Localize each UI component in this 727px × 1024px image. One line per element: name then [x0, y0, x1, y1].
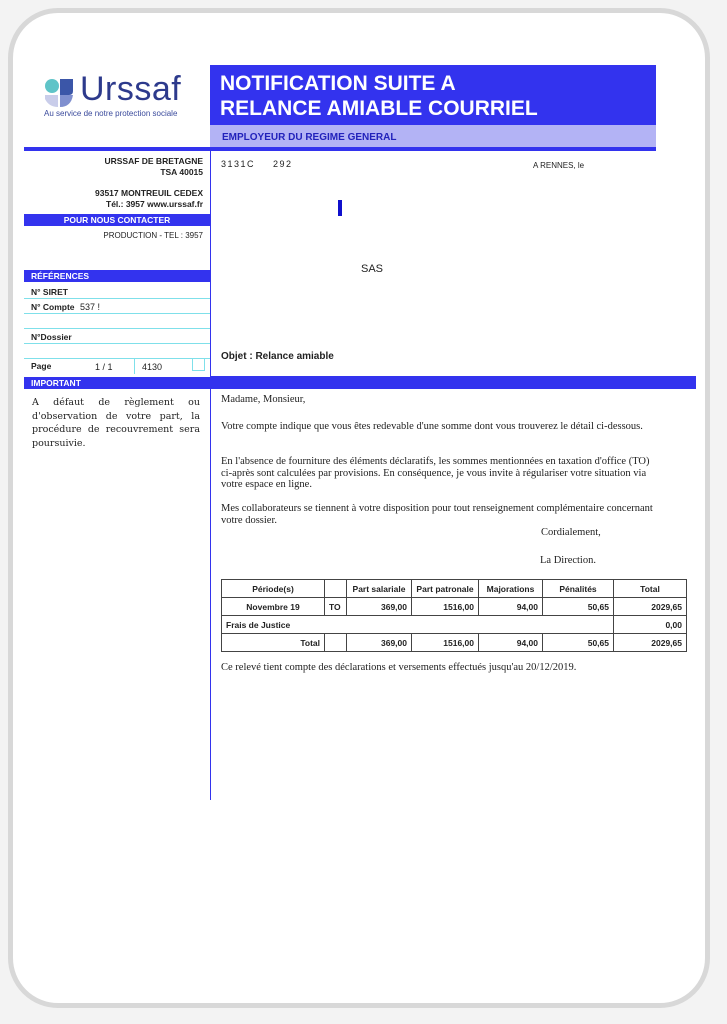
important-heading: IMPORTANT: [24, 377, 210, 389]
barcode-mark: [338, 200, 342, 216]
letter-paragraph-3: Mes collaborateurs se tiennent à votre d…: [221, 503, 661, 526]
brand-name: Urssaf: [80, 70, 181, 109]
total-patronale: 1516,00: [412, 634, 479, 652]
ref-row-blank-1: [24, 313, 210, 329]
contact-heading: POUR NOUS CONTACTER: [24, 214, 210, 226]
contact-value: PRODUCTION - TEL : 3957: [23, 231, 203, 240]
header-total: Total: [614, 580, 687, 598]
cell-periode: Novembre 19: [222, 598, 325, 616]
sender-line-4: Tél.: 3957 www.urssaf.fr: [23, 199, 203, 209]
cell-penalites: 50,65: [543, 598, 614, 616]
letter-closing: Cordialement,: [541, 527, 641, 539]
amounts-table: Période(s) Part salariale Part patronale…: [221, 579, 687, 652]
frais-row: Frais de Justice 0,00: [222, 616, 687, 634]
header-penalites: Pénalités: [543, 580, 614, 598]
recipient-name: SAS: [361, 263, 383, 275]
compte-label: N° Compte: [31, 302, 75, 312]
siret-label: N° SIRET: [31, 287, 68, 297]
page-value: 1 / 1: [95, 362, 113, 372]
sender-line-2: TSA 40015: [23, 167, 203, 177]
important-text: A défaut de règlement ou d'observation d…: [32, 396, 200, 450]
header-type: [325, 580, 347, 598]
document-title: NOTIFICATION SUITE A RELANCE AMIABLE COU…: [220, 71, 538, 121]
frais-label: Frais de Justice: [222, 616, 614, 634]
place-date: A RENNES, le: [533, 161, 584, 170]
references-heading: RÉFÉRENCES: [24, 270, 210, 282]
page-label: Page: [31, 361, 51, 371]
table-footnote: Ce relevé tient compte des déclarations …: [221, 662, 661, 674]
urssaf-leaf-logo-icon: [43, 77, 75, 109]
header-periode: Période(s): [222, 580, 325, 598]
sender-line-3: 93517 MONTREUIL CEDEX: [23, 188, 203, 198]
cell-type: TO: [325, 598, 347, 616]
document-subtitle: EMPLOYEUR DU REGIME GENERAL: [222, 132, 396, 143]
dossier-label: N°Dossier: [31, 332, 72, 342]
header-majorations: Majorations: [479, 580, 543, 598]
cell-patronale: 1516,00: [412, 598, 479, 616]
letter-paragraph-1: Votre compte indique que vous êtes redev…: [221, 421, 661, 433]
compte-value: 537 !: [80, 302, 100, 312]
header-salariale: Part salariale: [347, 580, 412, 598]
brand-tagline: Au service de notre protection sociale: [44, 109, 177, 118]
column-divider: [210, 147, 211, 800]
total-type: [325, 634, 347, 652]
subject-divider: [210, 376, 696, 389]
sender-line-1: URSSAF DE BRETAGNE: [23, 156, 203, 166]
letter-signature: La Direction.: [540, 555, 640, 567]
table-row: Novembre 19 TO 369,00 1516,00 94,00 50,6…: [222, 598, 687, 616]
total-row: Total 369,00 1516,00 94,00 50,65 2029,65: [222, 634, 687, 652]
cell-total: 2029,65: [614, 598, 687, 616]
page-checkbox: [192, 358, 205, 371]
header-patronale: Part patronale: [412, 580, 479, 598]
subject-line: Objet : Relance amiable: [221, 351, 334, 362]
header-divider: [24, 147, 656, 151]
table-header-row: Période(s) Part salariale Part patronale…: [222, 580, 687, 598]
ref-code-2: 292: [273, 159, 293, 169]
title-line-1: NOTIFICATION SUITE A: [220, 71, 538, 96]
total-total: 2029,65: [614, 634, 687, 652]
title-line-2: RELANCE AMIABLE COURRIEL: [220, 96, 538, 121]
letter-paragraph-2: En l'absence de fourniture des éléments …: [221, 456, 661, 491]
total-majorations: 94,00: [479, 634, 543, 652]
ref-code-1: 3131C: [221, 159, 255, 169]
frais-value: 0,00: [614, 616, 687, 634]
total-salariale: 369,00: [347, 634, 412, 652]
page-code: 4130: [142, 362, 162, 372]
total-penalites: 50,65: [543, 634, 614, 652]
letter-salutation: Madame, Monsieur,: [221, 394, 661, 406]
cell-salariale: 369,00: [347, 598, 412, 616]
total-label: Total: [222, 634, 325, 652]
ref-row-blank-2: [24, 343, 210, 359]
cell-majorations: 94,00: [479, 598, 543, 616]
page-separator: [134, 358, 135, 374]
